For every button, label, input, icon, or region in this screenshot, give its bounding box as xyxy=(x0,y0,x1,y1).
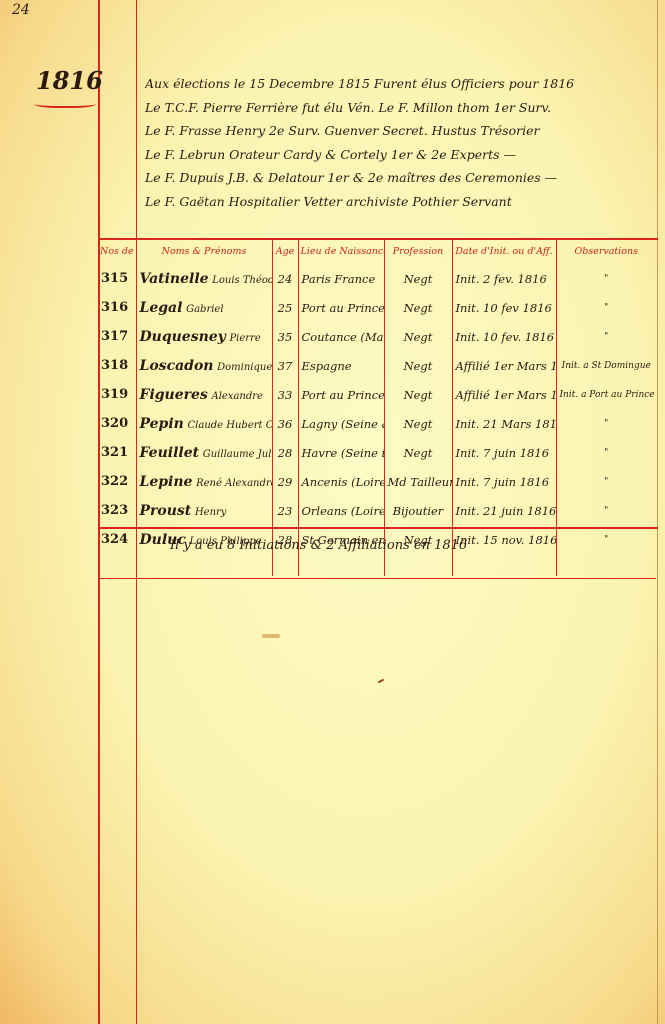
heading-line: Le F. Dupuis J.B. & Delatour 1er & 2e ma… xyxy=(145,166,655,190)
member-name: Feuillet Guillaume Julien xyxy=(136,438,272,467)
birthplace: Port au Prince Haïti xyxy=(298,380,384,409)
paper-stain xyxy=(262,634,280,638)
member-name: Loscadon Dominique xyxy=(136,351,272,380)
ledger-page: 24 1816 Aux élections le 15 Decembre 181… xyxy=(0,0,665,1024)
heading-line: Aux élections le 15 Decembre 1815 Furent… xyxy=(145,72,655,96)
given-names: Claude Hubert Charles xyxy=(188,420,272,431)
given-names: Guillaume Julien xyxy=(203,449,272,460)
page-edge xyxy=(657,0,658,1024)
given-names: Alexandre xyxy=(211,391,262,402)
age: 33 xyxy=(272,380,298,409)
table-row: 316 Legal Gabriel 25 Port au Prince St H… xyxy=(98,293,656,322)
lodge-number: 317 xyxy=(98,322,136,351)
profession: Md Tailleur xyxy=(384,467,452,496)
initiation-date: Init. 2 fev. 1816 xyxy=(452,264,556,293)
lodge-number: 318 xyxy=(98,351,136,380)
observation: " xyxy=(556,525,656,554)
year-label: 1816 xyxy=(36,66,103,95)
given-names: Pierre xyxy=(229,333,260,344)
surname: Vatinelle xyxy=(140,271,209,287)
age: 28 xyxy=(272,438,298,467)
profession: Negt xyxy=(384,351,452,380)
observation: Init. a St Domingue xyxy=(556,351,656,380)
birthplace: Coutance (Manche) xyxy=(298,322,384,351)
table-row: 317 Duquesney Pierre 35 Coutance (Manche… xyxy=(98,322,656,351)
birthplace: Port au Prince St Haïti xyxy=(298,293,384,322)
table-bottom-rule xyxy=(98,527,658,529)
age: 37 xyxy=(272,351,298,380)
col-header-lodge-number: Nos de Loge xyxy=(98,238,136,264)
heading-line: Le T.C.F. Pierre Ferrière fut élu Vén. L… xyxy=(145,96,655,120)
lodge-number: 319 xyxy=(98,380,136,409)
profession: Negt xyxy=(384,438,452,467)
initiation-date: Affilié 1er Mars 1816 xyxy=(452,380,556,409)
member-name: Pepin Claude Hubert Charles xyxy=(136,409,272,438)
surname: Loscadon xyxy=(140,358,214,374)
member-name: Proust Henry xyxy=(136,496,272,525)
summary-bottom-rule xyxy=(98,578,656,579)
member-register-table: Nos de Loge Noms & Prénoms Age Lieu de N… xyxy=(98,238,656,576)
lodge-number: 315 xyxy=(98,264,136,293)
heading-line: Le F. Lebrun Orateur Cardy & Cortely 1er… xyxy=(145,143,655,167)
col-header-date: Date d'Init. ou d'Aff. xyxy=(452,238,556,264)
year-summary: Il y a eu 8 Initiations & 2 Affiliations… xyxy=(170,538,467,553)
initiation-date: Init. 21 Mars 1816 xyxy=(452,409,556,438)
profession: Negt xyxy=(384,264,452,293)
profession: Bijoutier xyxy=(384,496,452,525)
member-name: Duquesney Pierre xyxy=(136,322,272,351)
col-header-names: Noms & Prénoms xyxy=(136,238,272,264)
col-header-birthplace: Lieu de Naissance xyxy=(298,238,384,264)
surname: Figueres xyxy=(140,387,208,403)
member-name: Lepine René Alexandre xyxy=(136,467,272,496)
surname: Legal xyxy=(140,300,183,316)
page-number: 24 xyxy=(12,2,30,18)
observation: " xyxy=(556,467,656,496)
birthplace: Lagny (Seine & Marne) xyxy=(298,409,384,438)
lodge-number: 324 xyxy=(98,525,136,554)
given-names: Henry xyxy=(195,507,227,518)
table-row: 319 Figueres Alexandre 33 Port au Prince… xyxy=(98,380,656,409)
member-name: Legal Gabriel xyxy=(136,293,272,322)
surname: Lepine xyxy=(140,474,193,490)
heading-line: Le F. Gaëtan Hospitalier Vetter archivis… xyxy=(145,190,655,214)
table-blank-row xyxy=(98,554,656,576)
table-row: 321 Feuillet Guillaume Julien 28 Havre (… xyxy=(98,438,656,467)
lodge-number: 322 xyxy=(98,467,136,496)
birthplace: Paris France xyxy=(298,264,384,293)
initiation-date: Init. 7 juin 1816 xyxy=(452,467,556,496)
col-header-age: Age xyxy=(272,238,298,264)
lodge-number: 320 xyxy=(98,409,136,438)
age: 35 xyxy=(272,322,298,351)
age: 29 xyxy=(272,467,298,496)
member-name: Figueres Alexandre xyxy=(136,380,272,409)
table-row: 323 Proust Henry 23 Orleans (Loiret) Bij… xyxy=(98,496,656,525)
profession: Negt xyxy=(384,380,452,409)
given-names: Gabriel xyxy=(186,304,223,315)
lodge-number: 316 xyxy=(98,293,136,322)
surname: Pepin xyxy=(140,416,184,432)
observation: Init. a Port au Prince xyxy=(556,380,656,409)
lodge-number: 321 xyxy=(98,438,136,467)
observation: " xyxy=(556,264,656,293)
initiation-date: Init. 10 fev 1816 xyxy=(452,293,556,322)
lodge-number: 323 xyxy=(98,496,136,525)
table-row: 318 Loscadon Dominique 37 Espagne Negt A… xyxy=(98,351,656,380)
birthplace: Havre (Seine inf.) xyxy=(298,438,384,467)
birthplace: Espagne xyxy=(298,351,384,380)
surname: Proust xyxy=(140,503,192,519)
initiation-date: Init. 15 nov. 1816 xyxy=(452,525,556,554)
birthplace: Ancenis (Loire inf.) xyxy=(298,467,384,496)
surname: Feuillet xyxy=(140,445,200,461)
officers-election-heading: Aux élections le 15 Decembre 1815 Furent… xyxy=(145,72,655,213)
profession: Negt xyxy=(384,322,452,351)
ink-mark xyxy=(378,679,384,684)
year-underline-brace xyxy=(34,98,96,108)
table-header-row: Nos de Loge Noms & Prénoms Age Lieu de N… xyxy=(98,238,656,264)
initiation-date: Init. 7 juin 1816 xyxy=(452,438,556,467)
age: 36 xyxy=(272,409,298,438)
given-names: René Alexandre xyxy=(196,478,272,489)
col-header-observations: Observations xyxy=(556,238,656,264)
observation: " xyxy=(556,409,656,438)
given-names: Louis Théodore xyxy=(212,275,272,286)
age: 23 xyxy=(272,496,298,525)
birthplace: Orleans (Loiret) xyxy=(298,496,384,525)
age: 25 xyxy=(272,293,298,322)
initiation-date: Affilié 1er Mars 16 xyxy=(452,351,556,380)
profession: Negt xyxy=(384,409,452,438)
observation: " xyxy=(556,438,656,467)
age: 24 xyxy=(272,264,298,293)
heading-line: Le F. Frasse Henry 2e Surv. Guenver Secr… xyxy=(145,119,655,143)
profession: Negt xyxy=(384,293,452,322)
surname: Duquesney xyxy=(140,329,226,345)
observation: " xyxy=(556,293,656,322)
observation: " xyxy=(556,322,656,351)
initiation-date: Init. 21 juin 1816 xyxy=(452,496,556,525)
table-row: 322 Lepine René Alexandre 29 Ancenis (Lo… xyxy=(98,467,656,496)
observation: " xyxy=(556,496,656,525)
table-row: 320 Pepin Claude Hubert Charles 36 Lagny… xyxy=(98,409,656,438)
table-row: 315 Vatinelle Louis Théodore 24 Paris Fr… xyxy=(98,264,656,293)
initiation-date: Init. 10 fev. 1816 xyxy=(452,322,556,351)
given-names: Dominique xyxy=(217,362,272,373)
member-name: Vatinelle Louis Théodore xyxy=(136,264,272,293)
col-header-profession: Profession xyxy=(384,238,452,264)
